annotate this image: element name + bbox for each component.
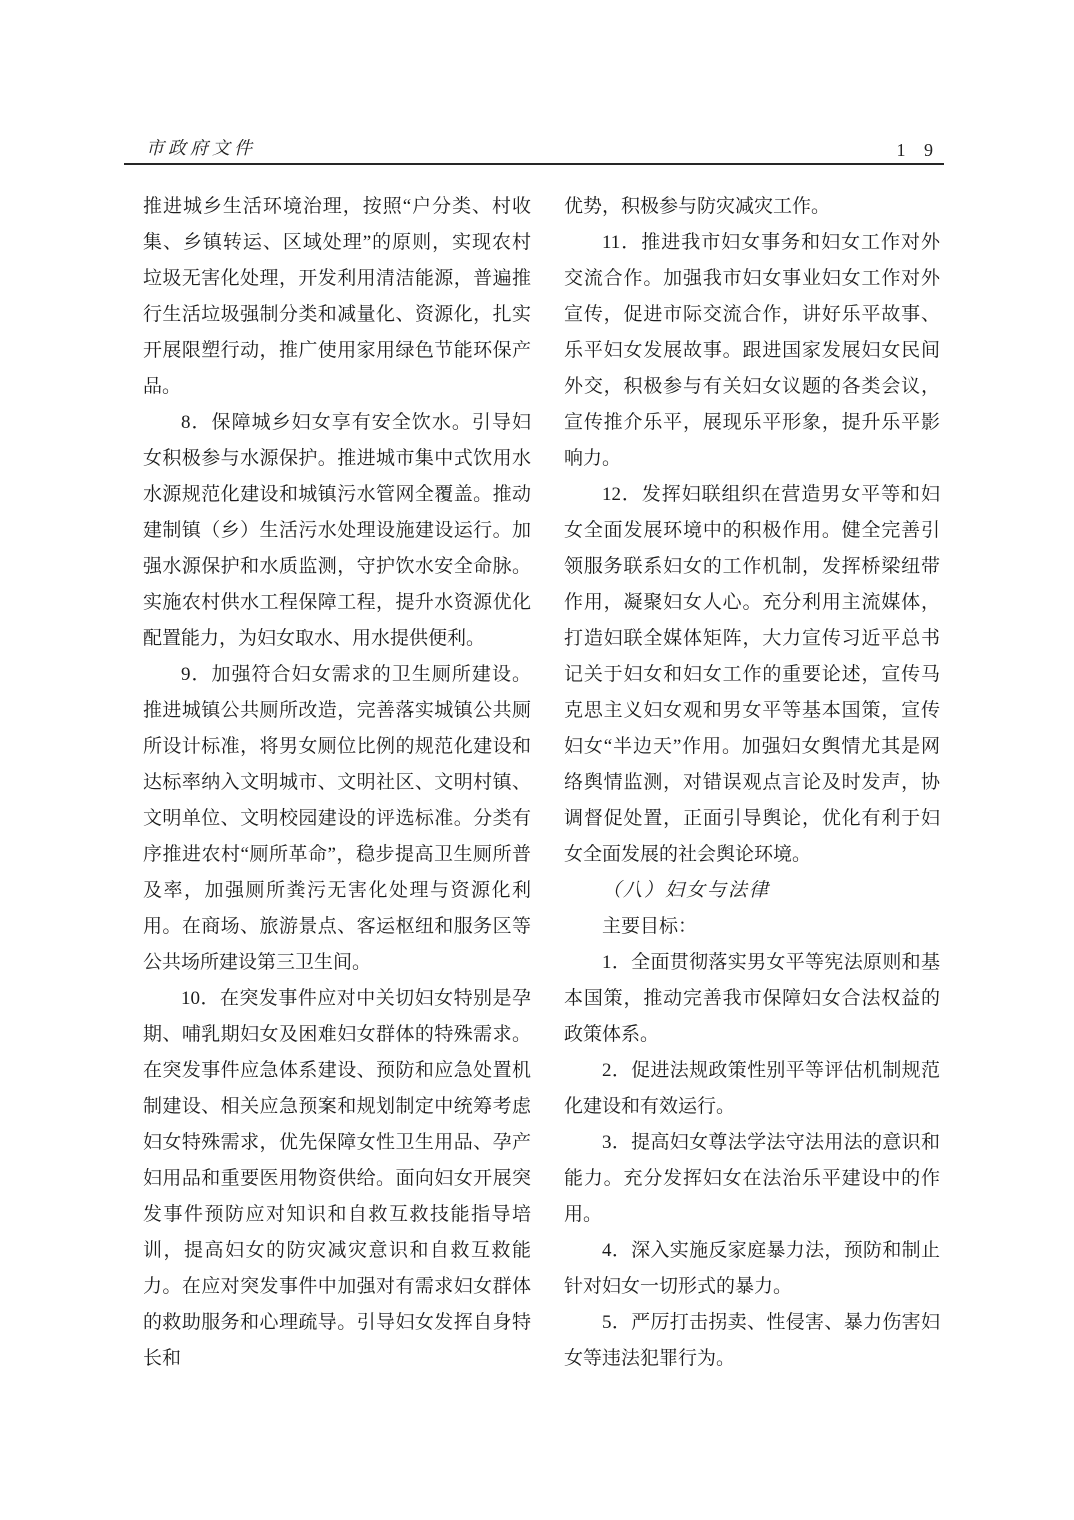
left-paragraph-continuation: 推进城乡生活环境治理，按照“户分类、村收集、乡镇转运、区域处理”的原则，实现农村… bbox=[143, 189, 531, 405]
left-paragraph-item-8: 8．保障城乡妇女享有安全饮水。引导妇女积极参与水源保护。推进城市集中式饮用水水源… bbox=[143, 405, 531, 657]
goal-item-1: 1．全面贯彻落实男女平等宪法原则和基本国策，推动完善我市保障妇女合法权益的政策体… bbox=[564, 945, 940, 1053]
goals-label: 主要目标： bbox=[564, 909, 940, 945]
right-paragraph-item-12: 12．发挥妇联组织在营造男女平等和妇女全面发展环境中的积极作用。健全完善引领服务… bbox=[564, 477, 940, 873]
header-rule bbox=[124, 163, 944, 165]
document-page: 市政府文件 1 9 推进城乡生活环境治理，按照“户分类、村收集、乡镇转运、区域处… bbox=[0, 0, 1074, 1520]
goal-item-3: 3．提高妇女尊法学法守法用法的意识和能力。充分发挥妇女在法治乐平建设中的作用。 bbox=[564, 1125, 940, 1233]
right-column: 优势，积极参与防灾减灾工作。 11．推进我市妇女事务和妇女工作对外交流合作。加强… bbox=[564, 189, 940, 1377]
section-heading-women-and-law: （八）妇女与法律 bbox=[564, 873, 940, 909]
left-paragraph-item-9: 9．加强符合妇女需求的卫生厕所建设。推进城镇公共厕所改造，完善落实城镇公共厕所设… bbox=[143, 657, 531, 981]
goal-item-5: 5．严厉打击拐卖、性侵害、暴力伤害妇女等违法犯罪行为。 bbox=[564, 1305, 940, 1377]
right-paragraph-continuation: 优势，积极参与防灾减灾工作。 bbox=[564, 189, 940, 225]
goal-item-2: 2．促进法规政策性别平等评估机制规范化建设和有效运行。 bbox=[564, 1053, 940, 1125]
running-head-title: 市政府文件 bbox=[146, 138, 256, 158]
goal-item-4: 4．深入实施反家庭暴力法，预防和制止针对妇女一切形式的暴力。 bbox=[564, 1233, 940, 1305]
page-number: 1 9 bbox=[897, 140, 941, 160]
left-column: 推进城乡生活环境治理，按照“户分类、村收集、乡镇转运、区域处理”的原则，实现农村… bbox=[143, 189, 531, 1377]
right-paragraph-item-11: 11．推进我市妇女事务和妇女工作对外交流合作。加强我市妇女事业妇女工作对外宣传，… bbox=[564, 225, 940, 477]
left-paragraph-item-10: 10．在突发事件应对中关切妇女特别是孕期、哺乳期妇女及困难妇女群体的特殊需求。在… bbox=[143, 981, 531, 1377]
